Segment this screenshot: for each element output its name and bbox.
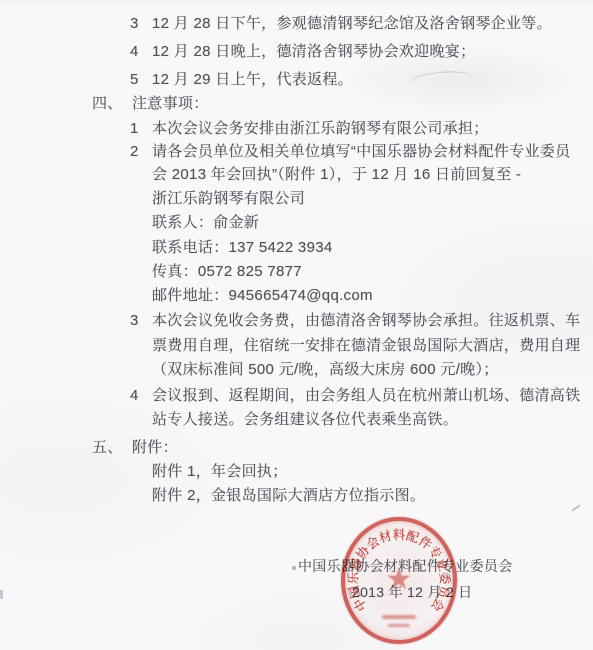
contact-person-line: 联系人：俞金新 [152, 214, 259, 231]
item-text: 传真：0572 825 7877 [152, 263, 302, 280]
scanned-page: 312 月 28 日下午，参观德清钢琴纪念馆及洛舍钢琴企业等。 412 月 28… [0, 0, 593, 650]
scan-speck [292, 566, 296, 570]
notice-item-continuation: 会 2013 年会回执”（附件 1），于 12 月 16 日前回复至 - [152, 166, 521, 183]
item-number: 4 [130, 387, 152, 404]
item-text: 会议报到、返程期间，由会务组人员在杭州萧山机场、德清高铁 [152, 387, 580, 404]
item-text: 12 月 29 日上午，代表返程。 [152, 71, 353, 88]
section-heading: 四、注意事项： [92, 95, 209, 112]
notice-item: 3本次会议免收会务费，由德清洛舍钢琴协会承担。往返机票、车 [130, 312, 580, 329]
item-text: 联系人：俞金新 [152, 214, 259, 231]
notice-item: 2请各会员单位及相关单位填写“中国乐器协会材料配件专业委员 [130, 143, 570, 160]
attachment-line: 附件 1，年会回执； [152, 463, 288, 480]
star-icon: ★ [386, 562, 413, 597]
schedule-item: 312 月 28 日下午，参观德清钢琴纪念馆及洛舍钢琴企业等。 [130, 15, 552, 32]
item-text: 站专人接送。会务组建议各位代表乘坐高铁。 [152, 411, 458, 428]
item-text: 联系电话：137 5422 3934 [152, 239, 333, 256]
schedule-item: 412 月 28 日晚上，德清洛舍钢琴协会欢迎晚宴； [130, 43, 475, 60]
seal-bottom-mark [388, 624, 410, 627]
item-text: 票费用自理，住宿统一安排在德清金银岛国际大酒店，费用自理 [152, 337, 580, 354]
contact-email-line: 邮件地址：945665474@qq.com [152, 287, 373, 304]
item-text: 本次会议会务安排由浙江乐韵钢琴有限公司承担； [152, 120, 489, 137]
scan-smudge [407, 69, 472, 93]
item-number: 4 [130, 43, 152, 60]
seal-bottom-mark [382, 615, 416, 619]
scan-speck [571, 504, 580, 511]
section-label: 五、 [92, 439, 132, 456]
notice-item-continuation: （双床标准间 500 元/晚，高级大床房 600 元/晚）； [152, 361, 499, 378]
item-text: 12 月 28 日下午，参观德清钢琴纪念馆及洛舍钢琴企业等。 [152, 15, 552, 32]
item-text: 12 月 28 日晚上，德清洛舍钢琴协会欢迎晚宴； [152, 43, 475, 60]
section-title: 附件： [132, 439, 178, 456]
item-text: 附件 1，年会回执； [152, 463, 288, 480]
schedule-item: 512 月 29 日上午，代表返程。 [130, 71, 353, 88]
notice-item-continuation: 站专人接送。会务组建议各位代表乘坐高铁。 [152, 411, 458, 428]
item-text: （双床标准间 500 元/晚，高级大床房 600 元/晚）； [152, 361, 499, 378]
notice-item-continuation: 票费用自理，住宿统一安排在德清金银岛国际大酒店，费用自理 [152, 337, 580, 354]
item-number: 2 [130, 143, 152, 160]
section-title: 注意事项： [132, 95, 209, 112]
item-text: 邮件地址：945665474@qq.com [152, 287, 373, 304]
scan-speck [0, 590, 3, 599]
contact-fax-line: 传真：0572 825 7877 [152, 263, 302, 280]
item-number: 3 [130, 15, 152, 32]
item-text: 附件 2，金银岛国际大酒店方位指示图。 [152, 487, 425, 504]
notice-item: 4会议报到、返程期间，由会务组人员在杭州萧山机场、德清高铁 [130, 387, 580, 404]
section-heading: 五、附件： [92, 439, 178, 456]
notice-item: 1本次会议会务安排由浙江乐韵钢琴有限公司承担； [130, 120, 489, 137]
item-text: 本次会议免收会务费，由德清洛舍钢琴协会承担。往返机票、车 [152, 312, 580, 329]
item-number: 3 [130, 312, 152, 329]
section-label: 四、 [92, 95, 132, 112]
item-text: 浙江乐韵钢琴有限公司 [152, 190, 305, 207]
item-number: 5 [130, 71, 152, 88]
item-number: 1 [130, 120, 152, 137]
company-name: 浙江乐韵钢琴有限公司 [152, 190, 305, 207]
official-seal: 中 国 乐 器 协 会 材 料 配 件 专 业 委 员 会 ★ [341, 517, 457, 644]
item-text: 请各会员单位及相关单位填写“中国乐器协会材料配件专业委员 [152, 143, 570, 160]
item-text: 会 2013 年会回执”（附件 1），于 12 月 16 日前回复至 - [152, 166, 521, 183]
attachment-line: 附件 2，金银岛国际大酒店方位指示图。 [152, 487, 425, 504]
contact-phone-line: 联系电话：137 5422 3934 [152, 239, 333, 256]
